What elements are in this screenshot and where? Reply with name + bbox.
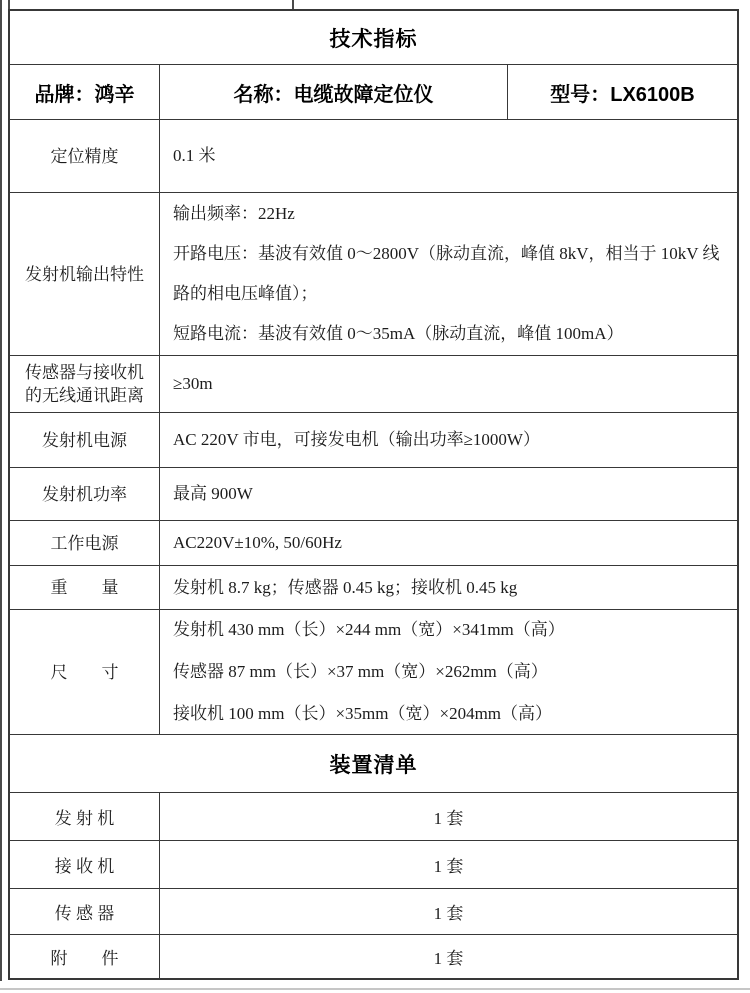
- spec-row-label: 工作电源: [10, 521, 159, 565]
- page-crop-left-line: [0, 0, 2, 981]
- spec-row-value: 发射机 8.7 kg；传感器 0.45 kg；接收机 0.45 kg: [159, 566, 737, 609]
- value-line: 接收机 100 mm（长）×35mm（宽）×204mm（高）: [173, 693, 552, 735]
- model-cell: 型号：LX6100B: [507, 65, 737, 119]
- spec-row-wireless-distance: 传感器与接收机 的无线通讯距离 ≥30m: [10, 355, 737, 412]
- page-bottom-edge-line: [0, 988, 750, 990]
- spec-row-label: 尺 寸: [10, 610, 159, 734]
- value-line: 发射机 430 mm（长）×244 mm（宽）×341mm（高）: [173, 609, 565, 651]
- list-table-title: 装置清单: [10, 735, 737, 792]
- crop-fragment-line: [292, 0, 294, 9]
- value-line: 输出频率：22Hz: [173, 194, 295, 234]
- value-line: 0.1 米: [173, 143, 216, 169]
- spec-title-row: 技术指标: [10, 11, 737, 64]
- list-row-quantity: 1 套: [159, 889, 737, 934]
- value-line: 短路电流：基波有效值 0～35mA（脉动直流，峰值 100mA）: [173, 314, 624, 354]
- value-line: 最高 900W: [173, 481, 253, 507]
- spec-row-transmitter-power: 发射机功率 最高 900W: [10, 467, 737, 520]
- value-line: AC220V±10%, 50/60Hz: [173, 530, 342, 556]
- list-row-label: 接 收 机: [10, 841, 159, 888]
- spec-row-value: 发射机 430 mm（长）×244 mm（宽）×341mm（高） 传感器 87 …: [159, 610, 737, 734]
- spec-row-weight: 重 量 发射机 8.7 kg；传感器 0.45 kg；接收机 0.45 kg: [10, 565, 737, 609]
- spec-row-transmitter-power-supply: 发射机电源 AC 220V 市电，可接发电机（输出功率≥1000W）: [10, 412, 737, 467]
- value-line: ≥30m: [173, 371, 213, 397]
- spec-row-value: AC 220V 市电，可接发电机（输出功率≥1000W）: [159, 413, 737, 467]
- spec-table-title: 技术指标: [10, 11, 737, 64]
- list-row-label: 传 感 器: [10, 889, 159, 934]
- spec-row-transmitter-output: 发射机输出特性 输出频率：22Hz 开路电压：基波有效值 0～2800V（脉动直…: [10, 192, 737, 355]
- list-row-transmitter: 发 射 机 1 套: [10, 792, 737, 840]
- spec-row-value: ≥30m: [159, 356, 737, 412]
- spec-row-label: 发射机功率: [10, 468, 159, 520]
- spec-row-label: 传感器与接收机 的无线通讯距离: [10, 356, 159, 412]
- spec-row-label: 发射机电源: [10, 413, 159, 467]
- value-line: 发射机 8.7 kg；传感器 0.45 kg；接收机 0.45 kg: [173, 575, 517, 601]
- spec-row-positioning-accuracy: 定位精度 0.1 米: [10, 119, 737, 192]
- spec-row-value: 0.1 米: [159, 120, 737, 192]
- spec-row-value: 最高 900W: [159, 468, 737, 520]
- product-name-cell: 名称：电缆故障定位仪: [159, 65, 507, 119]
- value-line: AC 220V 市电，可接发电机（输出功率≥1000W）: [173, 427, 540, 453]
- list-row-label: 附 件: [10, 935, 159, 978]
- brand-row: 品牌：鸿辛 名称：电缆故障定位仪 型号：LX6100B: [10, 64, 737, 119]
- list-row-quantity: 1 套: [159, 793, 737, 840]
- list-row-quantity: 1 套: [159, 841, 737, 888]
- list-row-sensor: 传 感 器 1 套: [10, 888, 737, 934]
- brand-cell: 品牌：鸿辛: [10, 65, 159, 119]
- spec-row-working-power: 工作电源 AC220V±10%, 50/60Hz: [10, 520, 737, 565]
- list-row-accessories: 附 件 1 套: [10, 934, 737, 978]
- list-row-receiver: 接 收 机 1 套: [10, 840, 737, 888]
- spec-row-dimensions: 尺 寸 发射机 430 mm（长）×244 mm（宽）×341mm（高） 传感器…: [10, 609, 737, 734]
- spec-row-value: 输出频率：22Hz 开路电压：基波有效值 0～2800V（脉动直流，峰值 8kV…: [159, 193, 737, 355]
- list-row-quantity: 1 套: [159, 935, 737, 978]
- list-row-label: 发 射 机: [10, 793, 159, 840]
- value-line: 传感器 87 mm（长）×37 mm（宽）×262mm（高）: [173, 651, 548, 693]
- document-page: 技术指标 品牌：鸿辛 名称：电缆故障定位仪 型号：LX6100B 定位精度 0.…: [0, 0, 750, 993]
- list-title-row: 装置清单: [10, 734, 737, 792]
- spec-row-value: AC220V±10%, 50/60Hz: [159, 521, 737, 565]
- spec-row-label: 发射机输出特性: [10, 193, 159, 355]
- spec-row-label: 定位精度: [10, 120, 159, 192]
- spec-row-label: 重 量: [10, 566, 159, 609]
- value-line: 开路电压：基波有效值 0～2800V（脉动直流，峰值 8kV，相当于 10kV …: [173, 234, 727, 314]
- spec-table: 技术指标 品牌：鸿辛 名称：电缆故障定位仪 型号：LX6100B 定位精度 0.…: [8, 9, 739, 980]
